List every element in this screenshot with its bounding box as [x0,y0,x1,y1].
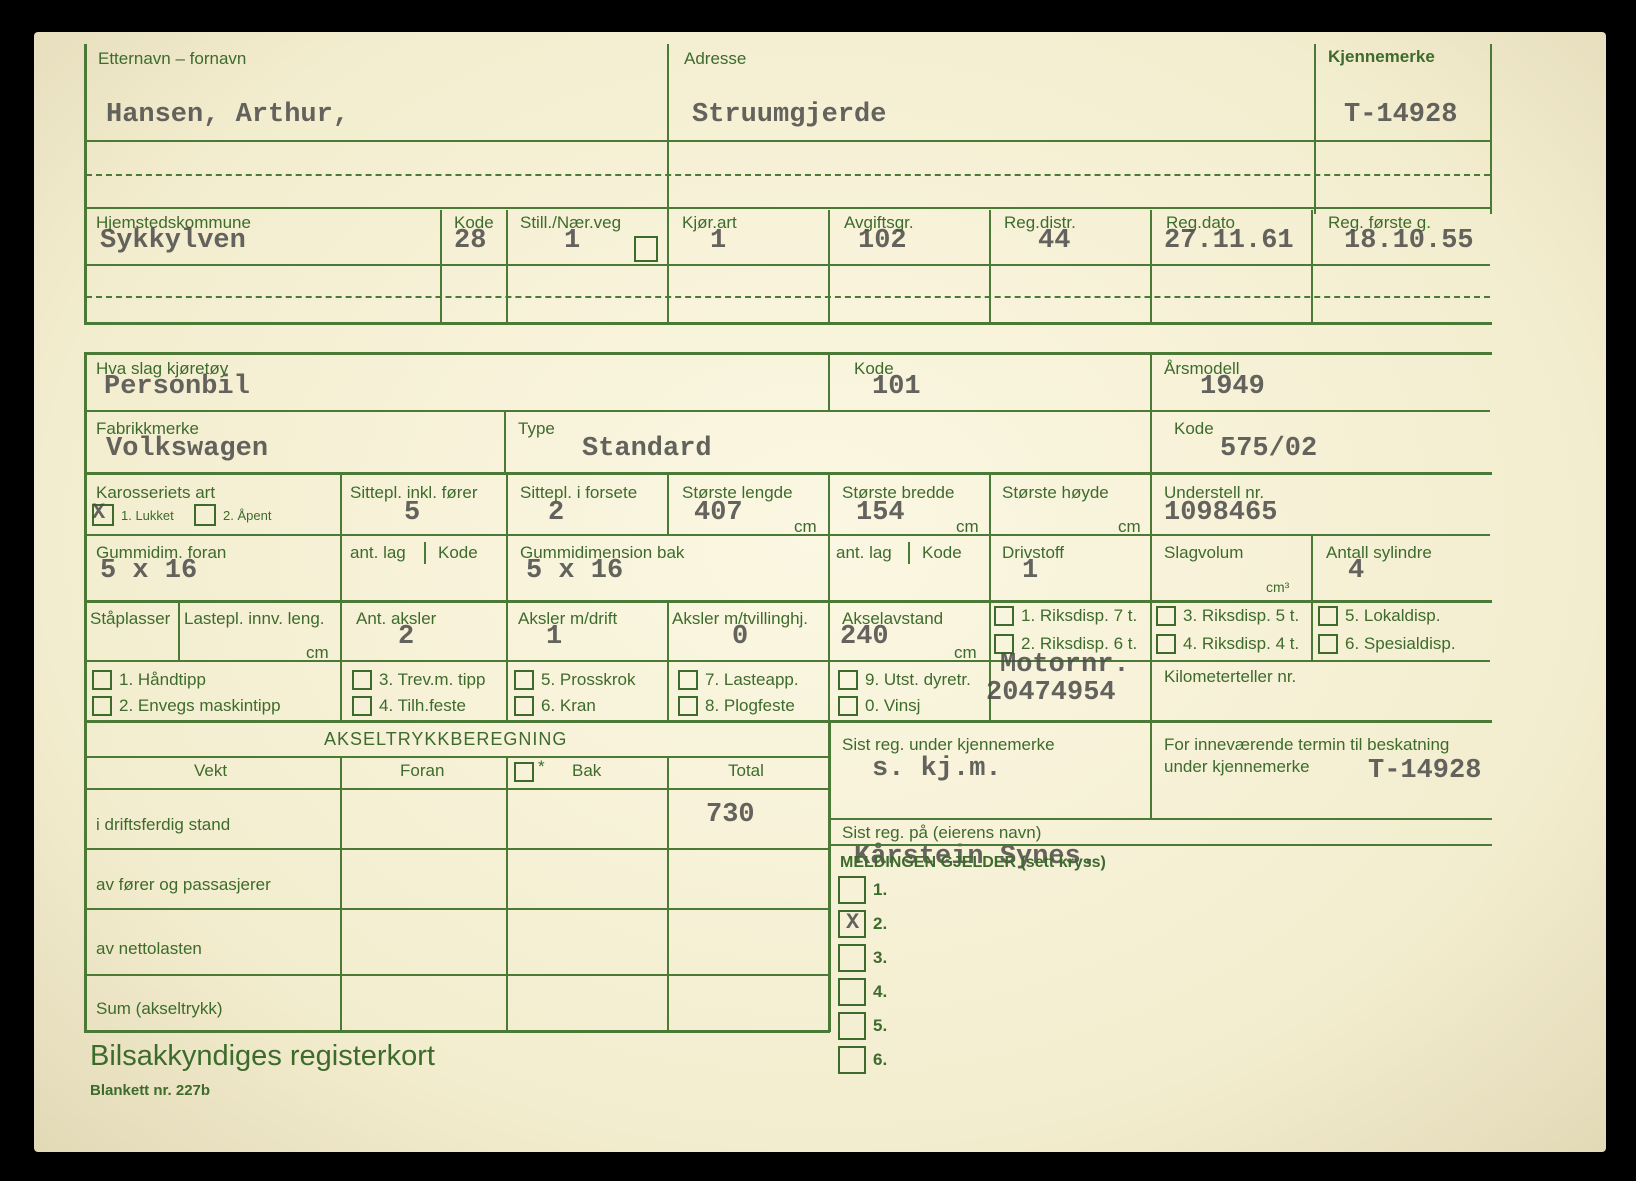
message-option-3[interactable]: 3. [838,944,887,972]
axle-count-value: 2 [398,624,414,651]
col-weight: Vekt [194,762,227,779]
rear-checkbox[interactable] [514,762,534,782]
divider [1314,44,1316,214]
col-rear: Bak [572,762,601,779]
axle-load-heading: AKSELTRYKKBEREGNING [324,730,567,748]
option-label: 4. Tilh.feste [379,696,466,716]
divider [340,602,342,660]
option-label: 5. [873,1016,887,1036]
option-label: 3. [873,948,887,968]
drive-type-value: 1 [710,228,726,255]
tax-plate-value: T-14928 [1368,758,1481,785]
disp-option-4[interactable]: 4. Riksdisp. 4 t. [1156,634,1299,654]
rule [84,720,1492,723]
rule [86,848,828,850]
row-label: i driftsferdig stand [96,816,230,833]
district-value: 44 [1038,228,1070,255]
body-option-open[interactable]: 2. Åpent [194,504,271,526]
rule [86,264,1490,266]
checkbox[interactable] [838,978,866,1006]
check-mark: X [846,912,859,934]
engine-value: 20474954 [986,680,1116,707]
rear-layers-label: ant. lag [836,544,892,561]
equipment-option-7[interactable]: 7. Lasteapp. [678,670,799,690]
divider [667,602,669,660]
front-seats-value: 2 [548,500,564,527]
option-label: 1. [873,880,887,900]
divider [84,44,87,214]
divider [1150,354,1152,472]
message-heading: MELDINGEN GJELDER (sett kryss) [840,854,1106,872]
checkbox[interactable] [838,670,858,690]
rule [84,472,1492,475]
wheelbase-value: 240 [840,624,889,651]
equipment-option-3[interactable]: 3. Trev.m. tipp [352,670,485,690]
checkbox[interactable] [1318,634,1338,654]
municipality-value: Sykkylven [100,228,246,255]
checkbox[interactable] [838,696,858,716]
divider [989,210,991,324]
length-value: 407 [694,500,743,527]
divider [1311,210,1313,324]
divider [1150,722,1152,818]
divider [1311,536,1313,600]
checkbox[interactable] [514,670,534,690]
option-label: 1. Lukket [121,508,174,523]
divider [1150,474,1152,534]
last-plate-label: Sist reg. under kjennemerke [842,736,1055,753]
registration-card: Etternavn – fornavn Hansen, Arthur, Adre… [34,32,1606,1152]
divider [828,536,830,600]
option-label: 2. [873,914,887,934]
road-checkbox[interactable] [634,236,658,262]
front-seats-label: Sittepl. i forsete [520,484,637,501]
option-label: 5. Prosskrok [541,670,635,690]
height-label: Største høyde [1002,484,1109,501]
rear-tire-value: 5 x 16 [526,558,623,585]
checkbox[interactable] [1156,606,1176,626]
checkbox[interactable] [838,944,866,972]
divider [1150,536,1152,600]
equipment-option-2[interactable]: 2. Envegs maskintipp [92,696,281,716]
divider [340,474,342,534]
checkbox[interactable] [838,1046,866,1074]
last-plate-value: s. kj.m. [872,756,1002,783]
displacement-label: Slagvolum [1164,544,1243,561]
rule [830,818,1492,820]
rule [84,207,1492,209]
option-label: 0. Vinsj [865,696,920,716]
rule [86,660,1490,662]
row-label: av nettolasten [96,940,202,957]
option-label: 6. Kran [541,696,596,716]
divider [989,536,991,600]
option-label: 1. Riksdisp. 7 t. [1021,606,1137,626]
checkbox[interactable] [352,670,372,690]
type-code-value: 575/02 [1220,436,1317,463]
fee-group-value: 102 [858,228,907,255]
make-value: Volkswagen [106,436,268,463]
front-layers-label: ant. lag [350,544,406,561]
checkbox[interactable]: X [838,910,866,938]
front-tire-code-label: Kode [438,544,478,561]
checkbox[interactable] [194,504,216,526]
divider [667,474,669,534]
rule [86,788,828,790]
checkbox[interactable] [92,696,112,716]
body-type-label: Karosseriets art [96,484,215,501]
check-mark: X [92,502,105,524]
checkbox[interactable] [352,696,372,716]
width-unit: cm [956,518,979,535]
length-unit: cm [794,518,817,535]
body-option-closed[interactable]: X 1. Lukket [92,504,174,526]
option-label: 3. Riksdisp. 5 t. [1183,606,1299,626]
divider [667,662,669,720]
divider [1150,662,1152,720]
chassis-value: 1098465 [1164,500,1277,527]
tax-label-1: For inneværende termin til beskatning [1164,736,1449,753]
disp-option-3[interactable]: 3. Riksdisp. 5 t. [1156,606,1299,626]
divider [828,474,830,534]
vehicle-kind-value: Personbil [104,374,250,401]
cargo-length-label: Lastepl. innv. leng. [184,610,325,627]
cylinders-value: 4 [1348,558,1364,585]
divider [1311,602,1313,660]
rule [830,844,1492,846]
divider [506,536,508,600]
rule [86,974,828,976]
row-total: 730 [706,802,755,829]
option-label: 4. Riksdisp. 4 t. [1183,634,1299,654]
last-owner-label: Sist reg. på (eierens navn) [842,824,1041,841]
rule [86,908,828,910]
equipment-option-4[interactable]: 4. Tilh.feste [352,696,466,716]
disp-option-5[interactable]: 5. Lokaldisp. [1318,606,1440,626]
driven-axles-label: Aksler m/drift [518,610,617,627]
checkbox[interactable] [838,876,866,904]
divider [84,207,87,325]
divider [440,210,442,324]
equipment-option-9[interactable]: 9. Utst. dyretr. [838,670,971,690]
vehicle-kind-code-value: 101 [872,374,921,401]
divider [506,474,508,534]
option-label: 4. [873,982,887,1002]
divider [828,662,830,720]
type-value: Standard [582,436,712,463]
twin-axles-value: 0 [732,624,748,651]
row-label: av fører og passasjerer [96,876,271,893]
first-reg-value: 18.10.55 [1344,228,1474,255]
driven-axles-value: 1 [546,624,562,651]
address-value: Struumgjerde [692,102,886,129]
divider [424,542,426,564]
rule [86,296,1490,298]
option-label: 9. Utst. dyretr. [865,670,971,690]
cylinders-label: Antall sylindre [1326,544,1432,561]
col-total: Total [728,762,764,779]
divider [908,542,910,564]
rule [84,322,1492,325]
divider [828,354,830,410]
plate-label: Kjennemerke [1328,48,1435,65]
fuel-value: 1 [1022,558,1038,585]
col-front: Foran [400,762,444,779]
reg-date-value: 27.11.61 [1164,228,1294,255]
divider [84,352,87,1032]
checkbox[interactable] [514,696,534,716]
rule [84,756,828,758]
divider [1150,210,1152,324]
model-year-value: 1949 [1200,374,1265,401]
option-label: 8. Plogfeste [705,696,795,716]
type-code-label: Kode [1174,420,1214,437]
equipment-option-1[interactable]: 1. Håndtipp [92,670,206,690]
name-value: Hansen, Arthur, [106,102,349,129]
checkbox[interactable] [1156,634,1176,654]
municipality-code-value: 28 [454,228,486,255]
equipment-option-0[interactable]: 0. Vinsj [838,696,920,716]
option-label: 2. Envegs maskintipp [119,696,281,716]
divider [1150,602,1152,660]
divider [667,756,669,1032]
option-label: 7. Lasteapp. [705,670,799,690]
displacement-unit: cm³ [1266,580,1289,594]
divider [667,44,669,214]
width-value: 154 [856,500,905,527]
engine-label: Motornr. [1000,652,1130,679]
divider [506,210,508,324]
type-label: Type [518,420,555,437]
divider [340,756,342,1032]
disp-option-6[interactable]: 6. Spesialdisp. [1318,634,1456,654]
divider [1490,44,1492,214]
message-option-5[interactable]: 5. [838,1012,887,1040]
rule [84,352,1492,355]
odometer-label: Kilometerteller nr. [1164,668,1296,685]
axle-count-label: Ant. aksler [356,610,436,627]
option-label: 5. Lokaldisp. [1345,606,1440,626]
card-title: Bilsakkyndiges registerkort [90,1040,435,1073]
form-number: Blankett nr. 227b [90,1082,210,1099]
divider [828,722,831,1032]
divider [506,756,508,1032]
checkbox[interactable] [92,670,112,690]
divider [989,474,991,534]
divider [828,210,830,324]
road-value: 1 [564,228,580,255]
rule [86,410,1490,412]
option-label: 3. Trev.m. tipp [379,670,485,690]
col-rear-mark: * [538,758,545,775]
tax-label-2: under kjennemerke [1164,758,1310,775]
divider [178,602,180,660]
wheelbase-unit: cm [954,644,977,661]
seats-value: 5 [404,500,420,527]
message-option-4[interactable]: 4. [838,978,887,1006]
divider [989,602,991,660]
divider [340,536,342,600]
message-option-6[interactable]: 6. [838,1046,887,1074]
divider [667,210,669,324]
checkbox[interactable] [1318,606,1338,626]
address-label: Adresse [684,50,746,67]
height-unit: cm [1118,518,1141,535]
standing-label: Ståplasser [90,610,170,627]
divider [506,602,508,660]
cargo-length-unit: cm [306,644,329,661]
checkbox[interactable] [678,696,698,716]
divider [504,412,506,472]
equipment-option-5[interactable]: 5. Prosskrok [514,670,635,690]
checkbox[interactable] [678,670,698,690]
message-option-2[interactable]: X2. [838,910,887,938]
option-label: 6. Spesialdisp. [1345,634,1456,654]
front-tire-value: 5 x 16 [100,558,197,585]
rule [86,174,1490,176]
name-label: Etternavn – fornavn [98,50,246,67]
row-label: Sum (akseltrykk) [96,1000,223,1017]
option-label: 1. Håndtipp [119,670,206,690]
divider [340,662,342,720]
rule [86,140,1490,142]
checkbox[interactable] [994,606,1014,626]
option-label: 2. Åpent [223,508,271,523]
equipment-option-8[interactable]: 8. Plogfeste [678,696,795,716]
plate-value: T-14928 [1344,102,1457,129]
message-option-1[interactable]: 1. [838,876,887,904]
rule [84,600,1492,603]
option-label: 6. [873,1050,887,1070]
checkbox[interactable]: X [92,504,114,526]
equipment-option-6[interactable]: 6. Kran [514,696,596,716]
rule [86,534,1490,536]
rule [84,1030,830,1033]
divider [828,602,830,660]
divider [506,662,508,720]
checkbox[interactable] [838,1012,866,1040]
rear-tire-code-label: Kode [922,544,962,561]
disp-option-1[interactable]: 1. Riksdisp. 7 t. [994,606,1137,626]
